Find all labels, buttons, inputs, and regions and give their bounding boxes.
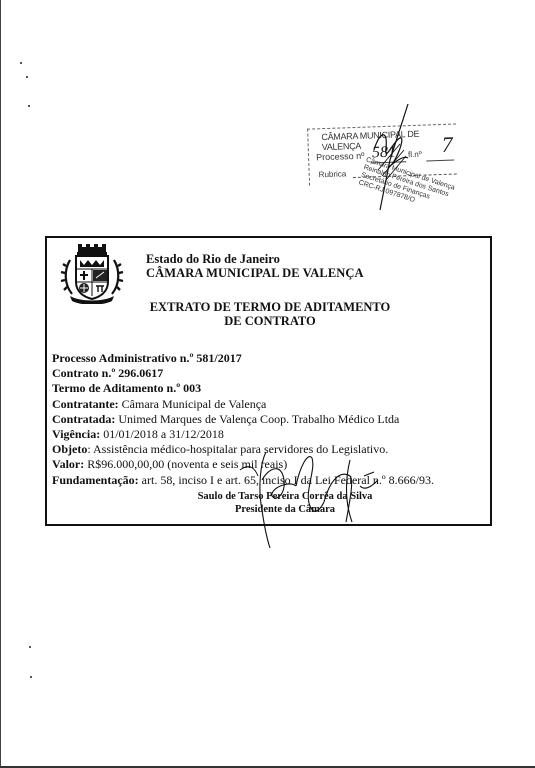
document-title-line: EXTRATO DE TERMO DE ADITAMENTO xyxy=(140,300,400,314)
field-validity: Vigência: 01/01/2018 a 31/12/2018 xyxy=(52,427,434,442)
signatory-block: Saulo de Tarso Pereira Corrêa da Silva P… xyxy=(190,490,380,516)
header-chamber: CÂMARA MUNICIPAL DE VALENÇA xyxy=(146,266,364,281)
header-state: Estado do Rio de Janeiro xyxy=(146,252,280,267)
stamp-page-number: 7 xyxy=(441,132,453,158)
field-contracted-party: Contratada: Unimed Marques de Valença Co… xyxy=(52,412,434,427)
contract-fields: Processo Administrativo n.º 581/2017 Con… xyxy=(52,351,434,488)
scan-speck xyxy=(29,646,31,648)
signatory-role: Presidente da Câmara xyxy=(190,503,380,516)
page-edge xyxy=(0,0,1,768)
municipal-coat-of-arms-icon xyxy=(58,240,126,304)
scan-speck xyxy=(30,676,32,678)
field-contract: Contrato n.º 296.0617 xyxy=(52,366,434,381)
field-amendment: Termo de Aditamento n.º 003 xyxy=(52,381,434,396)
stamp-process-label: Processo nº xyxy=(316,151,365,163)
stamp-rubric-label: Rubrica xyxy=(319,169,347,179)
stamp-page-label: fl.nº xyxy=(408,150,422,159)
field-value: Valor: R$96.000,00,00 (noventa e seis mi… xyxy=(52,457,434,472)
document-title: EXTRATO DE TERMO DE ADITAMENTO DE CONTRA… xyxy=(140,300,400,328)
scan-speck xyxy=(26,76,28,78)
document-title-line: DE CONTRATO xyxy=(140,314,400,328)
scan-speck xyxy=(20,62,22,64)
field-process: Processo Administrativo n.º 581/2017 xyxy=(52,351,434,366)
scan-speck xyxy=(28,105,30,107)
field-contracting-party: Contratante: Câmara Municipal de Valença xyxy=(52,397,434,412)
signatory-name: Saulo de Tarso Pereira Corrêa da Silva xyxy=(190,490,380,503)
field-object: Objeto: Assistência médico-hospitalar pa… xyxy=(52,442,434,457)
field-legal-basis: Fundamentação: art. 58, inciso I e art. … xyxy=(52,473,434,488)
